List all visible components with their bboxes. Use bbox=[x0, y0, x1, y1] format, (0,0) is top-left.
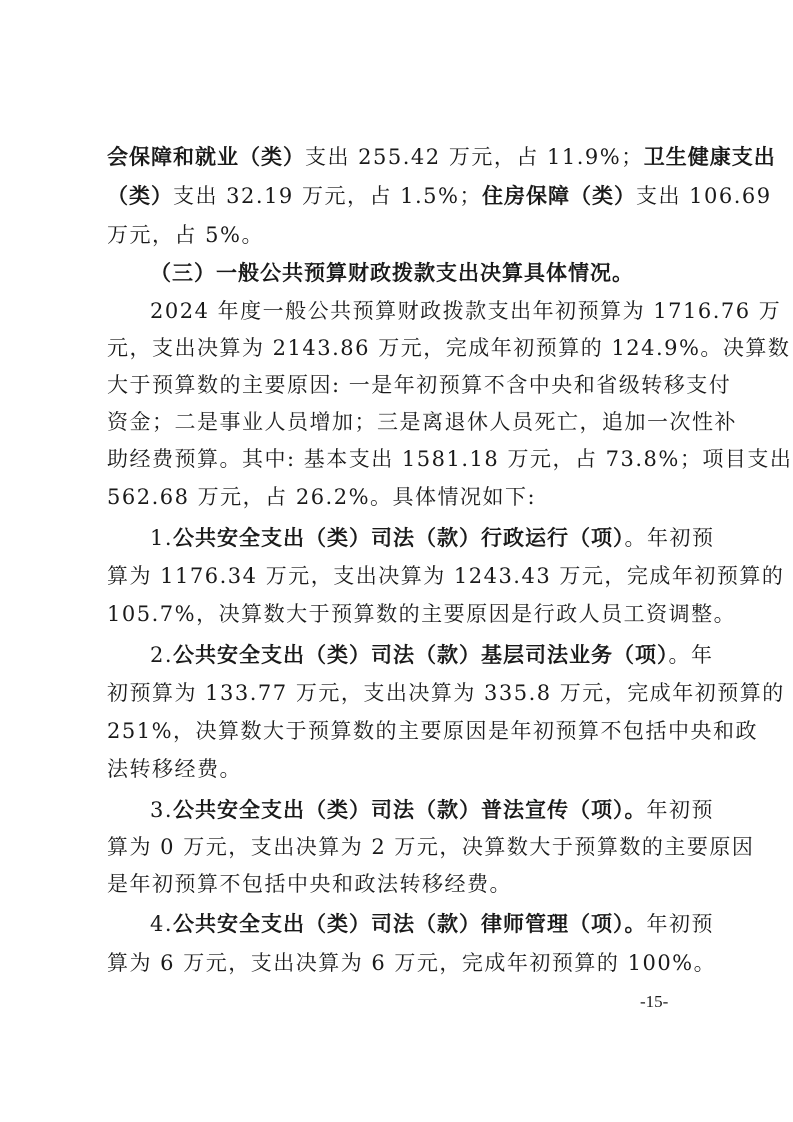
list-item-3-title-line: 3.公共安全支出（类）司法（款）普法宣传（项）。年初预 bbox=[150, 795, 691, 825]
text-run: 。年初预 bbox=[625, 526, 715, 550]
text-line: 元，支出决算为 2143.86 万元，完成年初预算的 124.9%。决算数 bbox=[107, 333, 691, 363]
text-line: 会保障和就业（类）支出 255.42 万元，占 11.9%；卫生健康支出 bbox=[107, 142, 691, 172]
text-run: 。年 bbox=[669, 643, 714, 667]
text-line: 万元，占 5%。 bbox=[107, 220, 691, 250]
list-item-1-title-line: 1.公共安全支出（类）司法（款）行政运行（项）。年初预 bbox=[150, 523, 691, 553]
text-line: 大于预算数的主要原因: 一是年初预算不含中央和省级转移支付 bbox=[107, 370, 691, 400]
page-number: -15- bbox=[640, 992, 668, 1012]
text-run: 年初预 bbox=[647, 912, 715, 936]
text-line: 251%，决算数大于预算数的主要原因是年初预算不包括中央和政 bbox=[107, 716, 691, 746]
item-title: 公共安全支出（类）司法（款）行政运行（项） bbox=[173, 526, 625, 550]
bold-category: （类） bbox=[107, 184, 173, 208]
item-number: 2. bbox=[150, 643, 173, 667]
item-title: 公共安全支出（类）司法（款）普法宣传（项）。 bbox=[173, 798, 647, 822]
text-line: 资金；二是事业人员增加；三是离退休人员死亡，追加一次性补 bbox=[107, 407, 691, 437]
item-title: 公共安全支出（类）司法（款）律师管理（项）。 bbox=[173, 912, 647, 936]
text-run: 年初预 bbox=[647, 798, 715, 822]
text-line: 法转移经费。 bbox=[107, 754, 691, 784]
text-line: 是年初预算不包括中央和政法转移经费。 bbox=[107, 869, 691, 899]
text-line: 2024 年度一般公共预算财政拨款支出年初预算为 1716.76 万 bbox=[150, 296, 691, 326]
text-run: 万元，占 5%。 bbox=[107, 223, 264, 247]
text-line: （类）支出 32.19 万元，占 1.5%；住房保障（类）支出 106.69 bbox=[107, 181, 691, 211]
list-item-2-title-line: 2.公共安全支出（类）司法（款）基层司法业务（项）。年 bbox=[150, 640, 691, 670]
text-run: 支出 255.42 万元，占 11.9%； bbox=[305, 145, 644, 169]
item-title: 公共安全支出（类）司法（款）基层司法业务（项） bbox=[173, 643, 669, 667]
bold-category: 卫生健康支出 bbox=[644, 145, 776, 169]
list-item-4-title-line: 4.公共安全支出（类）司法（款）律师管理（项）。年初预 bbox=[150, 909, 691, 939]
text-run: 支出 32.19 万元，占 1.5%； bbox=[173, 184, 482, 208]
text-line: 助经费预算。其中: 基本支出 1581.18 万元，占 73.8%；项目支出 bbox=[107, 444, 691, 474]
text-line: 初预算为 133.77 万元，支出决算为 335.8 万元，完成年初预算的 bbox=[107, 678, 691, 708]
text-line: 算为 6 万元，支出决算为 6 万元，完成年初预算的 100%。 bbox=[107, 948, 691, 978]
section-heading: （三）一般公共预算财政拨款支出决算具体情况。 bbox=[150, 258, 691, 288]
text-line: 105.7%，决算数大于预算数的主要原因是行政人员工资调整。 bbox=[107, 599, 691, 629]
item-number: 3. bbox=[150, 798, 173, 822]
item-number: 4. bbox=[150, 912, 173, 936]
text-line: 算为 1176.34 万元，支出决算为 1243.43 万元，完成年初预算的 bbox=[107, 561, 691, 591]
text-run: 支出 106.69 bbox=[636, 184, 772, 208]
item-number: 1. bbox=[150, 526, 173, 550]
text-line: 562.68 万元，占 26.2%。具体情况如下: bbox=[107, 482, 691, 512]
bold-category: 会保障和就业（类） bbox=[107, 145, 305, 169]
bold-category: 住房保障（类） bbox=[482, 184, 636, 208]
text-line: 算为 0 万元，支出决算为 2 万元，决算数大于预算数的主要原因 bbox=[107, 832, 691, 862]
